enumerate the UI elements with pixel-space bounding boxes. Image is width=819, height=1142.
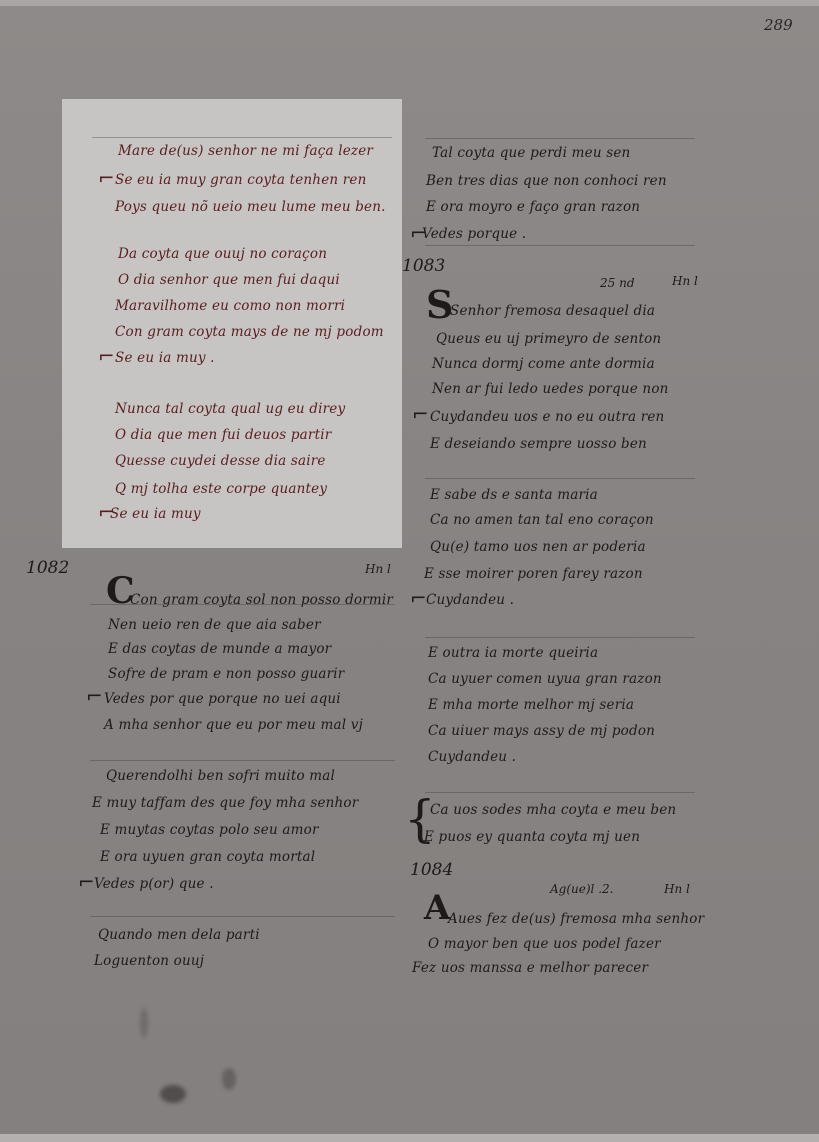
ruling-line xyxy=(425,245,695,246)
verse-line: E deseiando sempre uosso ben xyxy=(430,436,647,452)
verse-line: Nen ar fui ledo uedes porque non xyxy=(432,381,669,397)
ruling-line xyxy=(425,792,695,793)
verse-line: E muy taffam des que foy mha senhor xyxy=(92,795,358,811)
page-edge-bottom xyxy=(0,1134,819,1142)
page-edge-top xyxy=(0,0,819,6)
poem-number: 1082 xyxy=(26,558,69,578)
verse-line: Loguenton ouuj xyxy=(94,953,204,969)
ruling-line xyxy=(90,916,395,917)
refrain-marker-icon: ⌐ xyxy=(86,684,103,708)
verse-line: Ca uos sodes mha coyta e meu ben xyxy=(430,802,676,818)
refrain-marker-icon: ⌐ xyxy=(78,870,95,894)
verse-line: Mare de(us) senhor ne mi faça lezer xyxy=(118,143,373,159)
verse-line: E ora uyuen gran coyta mortal xyxy=(100,849,315,865)
verse-line: Ca uiuer mays assy de mj podon xyxy=(428,723,655,739)
verse-line: Nen ueio ren de que aia saber xyxy=(108,617,321,633)
margin-note: 25 nd xyxy=(600,276,635,290)
verse-line: Ca uyuer comen uyua gran razon xyxy=(428,671,662,687)
verse-line: Con gram coyta sol non posso dormir xyxy=(130,592,393,608)
ruling-line xyxy=(425,138,695,139)
verse-line: Nunca tal coyta qual ug eu direy xyxy=(115,401,345,417)
poem-number: 1084 xyxy=(410,860,453,880)
verse-line: Con gram coyta mays de ne mj podom xyxy=(115,324,384,340)
verse-line: Queus eu uj primeyro de senton xyxy=(436,331,661,347)
verse-line: Da coyta que ouuj no coraçon xyxy=(118,246,327,262)
refrain-marker-icon: ⌐ xyxy=(412,402,429,426)
ruling-line xyxy=(90,760,395,761)
margin-note: Ag(ue)l .2. xyxy=(550,882,613,896)
verse-line: Cuydandeu . xyxy=(428,749,516,765)
manuscript-page: 289 Mare de(us) senhor ne mi faça lezer … xyxy=(0,0,819,1142)
ruling-line xyxy=(92,137,392,138)
verse-line: Sofre de pram e non posso guarir xyxy=(108,666,344,682)
refrain-marker-icon: ⌐ xyxy=(98,344,115,368)
verse-line: E das coytas de munde a mayor xyxy=(108,641,331,657)
verse-line: Senhor fremosa desaquel dia xyxy=(450,303,655,319)
verse-line: A mha senhor que eu por meu mal vj xyxy=(104,717,363,733)
refrain-marker-icon: ⌐ xyxy=(98,166,115,190)
verse-line: Fez uos manssa e melhor parecer xyxy=(412,960,648,976)
verse-line: Tal coyta que perdi meu sen xyxy=(432,145,630,161)
verse-line: Se eu ia muy gran coyta tenhen ren xyxy=(115,172,367,188)
folio-number: 289 xyxy=(764,16,793,34)
verse-line: O mayor ben que uos podel fazer xyxy=(428,936,661,952)
refrain-marker-icon: ⌐ xyxy=(410,586,427,610)
verse-line: Quando men dela parti xyxy=(98,927,260,943)
verse-line: Vedes por que porque no uei aqui xyxy=(104,691,341,707)
verse-line: Ben tres dias que non conhoci ren xyxy=(426,173,667,189)
ruling-line xyxy=(90,604,395,605)
verse-line: Qu(e) tamo uos nen ar poderia xyxy=(430,539,646,555)
verse-line: E muytas coytas polo seu amor xyxy=(100,822,319,838)
verse-line: E sabe ds e santa maria xyxy=(430,487,598,503)
verse-line: Se eu ia muy . xyxy=(115,350,215,366)
verse-line: Poys queu nõ ueio meu lume meu ben. xyxy=(115,199,386,215)
ink-stain xyxy=(222,1068,236,1090)
verse-line: E ora moyro e faço gran razon xyxy=(426,199,640,215)
verse-line: Nunca dormj come ante dormia xyxy=(432,356,655,372)
margin-note: Hn l xyxy=(365,562,391,576)
verse-line: Cuydandeu . xyxy=(426,592,514,608)
ink-stain xyxy=(140,1008,148,1038)
verse-line: Ca no amen tan tal eno coraçon xyxy=(430,512,654,528)
ruling-line xyxy=(425,478,695,479)
ruling-line xyxy=(425,637,695,638)
verse-line: E mha morte melhor mj seria xyxy=(428,697,634,713)
verse-line: E sse moirer poren farey razon xyxy=(424,566,643,582)
margin-note: Hn l xyxy=(664,882,690,896)
ink-stain xyxy=(160,1085,186,1103)
verse-line: O dia senhor que men fui daqui xyxy=(118,272,340,288)
verse-line: Aues fez de(us) fremosa mha senhor xyxy=(448,911,704,927)
decorated-initial: A xyxy=(424,888,450,928)
margin-note: Hn l xyxy=(672,274,698,288)
verse-line: Vedes p(or) que . xyxy=(94,876,214,892)
verse-line: E puos ey quanta coyta mj uen xyxy=(424,829,640,845)
verse-line: Maravilhome eu como non morri xyxy=(115,298,345,314)
verse-line: E outra ia morte queiria xyxy=(428,645,598,661)
verse-line: Quesse cuydei desse dia saire xyxy=(115,453,326,469)
verse-line: Vedes porque . xyxy=(422,226,526,242)
verse-line: O dia que men fui deuos partir xyxy=(115,427,331,443)
verse-line: Se eu ia muy xyxy=(110,506,201,522)
verse-line: Q mj tolha este corpe quantey xyxy=(115,481,327,497)
poem-number: 1083 xyxy=(402,256,445,276)
verse-line: Querendolhi ben sofri muito mal xyxy=(106,768,335,784)
verse-line: Cuydandeu uos e no eu outra ren xyxy=(430,409,664,425)
